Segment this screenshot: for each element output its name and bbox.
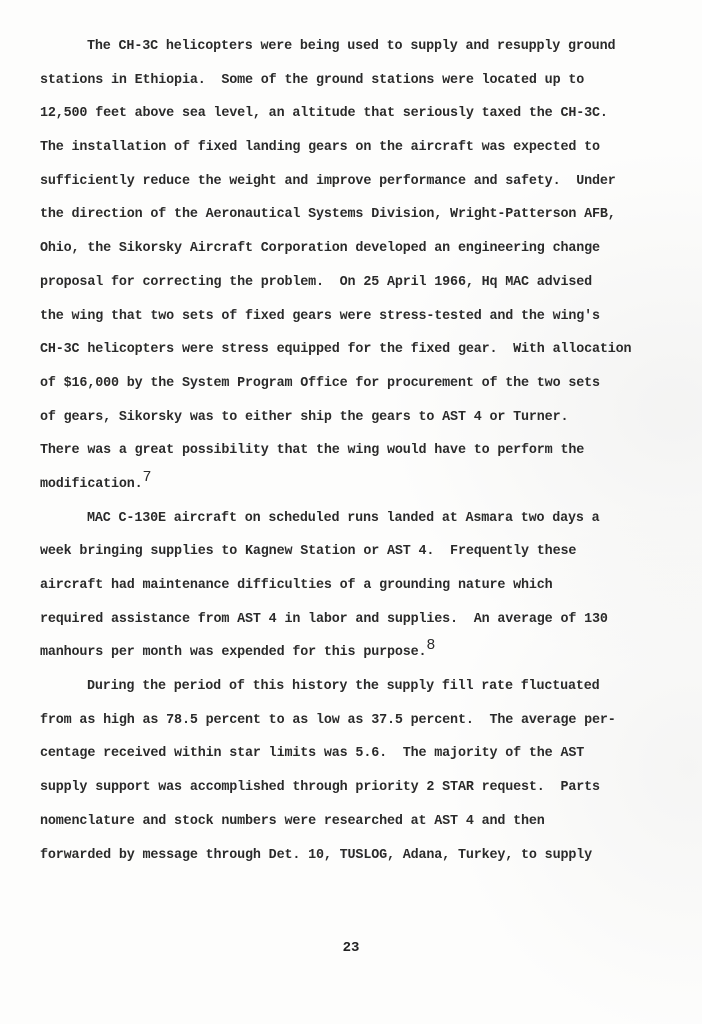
footnote-marker: 7 xyxy=(143,469,152,486)
text-line: week bringing supplies to Kagnew Station… xyxy=(40,535,680,569)
text-line: The installation of fixed landing gears … xyxy=(40,131,680,165)
text-line: 12,500 feet above sea level, an altitude… xyxy=(40,97,680,131)
text-line: of $16,000 by the System Program Office … xyxy=(40,367,680,401)
text-line: The CH-3C helicopters were being used to… xyxy=(40,30,680,64)
text-line: There was a great possibility that the w… xyxy=(40,434,680,468)
text-line: of gears, Sikorsky was to either ship th… xyxy=(40,401,680,435)
text-line: During the period of this history the su… xyxy=(40,670,680,704)
text-line: nomenclature and stock numbers were rese… xyxy=(40,805,680,839)
text-line: modification.7 xyxy=(40,468,680,502)
text-line: stations in Ethiopia. Some of the ground… xyxy=(40,64,680,98)
text-line: the wing that two sets of fixed gears we… xyxy=(40,300,680,334)
footnote-marker: 8 xyxy=(426,637,435,654)
text-line: from as high as 78.5 percent to as low a… xyxy=(40,704,680,738)
text-line: the direction of the Aeronautical System… xyxy=(40,198,680,232)
text-line-content: modification. xyxy=(40,477,143,492)
text-line: manhours per month was expended for this… xyxy=(40,636,680,670)
text-line: CH-3C helicopters were stress equipped f… xyxy=(40,333,680,367)
page-number: 23 xyxy=(0,940,702,956)
paragraph-supply-fill-rate: During the period of this history the su… xyxy=(40,670,680,872)
text-line: MAC C-130E aircraft on scheduled runs la… xyxy=(40,502,680,536)
text-line: aircraft had maintenance difficulties of… xyxy=(40,569,680,603)
text-line: supply support was accomplished through … xyxy=(40,771,680,805)
paragraph-helicopter-gears: The CH-3C helicopters were being used to… xyxy=(40,30,680,502)
document-page: The CH-3C helicopters were being used to… xyxy=(0,0,702,1024)
text-line: Ohio, the Sikorsky Aircraft Corporation … xyxy=(40,232,680,266)
paragraph-c130e-maintenance: MAC C-130E aircraft on scheduled runs la… xyxy=(40,502,680,670)
text-line: centage received within star limits was … xyxy=(40,737,680,771)
text-line: proposal for correcting the problem. On … xyxy=(40,266,680,300)
text-line-content: manhours per month was expended for this… xyxy=(40,645,426,660)
text-line: required assistance from AST 4 in labor … xyxy=(40,603,680,637)
text-line: forwarded by message through Det. 10, TU… xyxy=(40,839,680,873)
text-line: sufficiently reduce the weight and impro… xyxy=(40,165,680,199)
body-text: The CH-3C helicopters were being used to… xyxy=(40,30,680,872)
